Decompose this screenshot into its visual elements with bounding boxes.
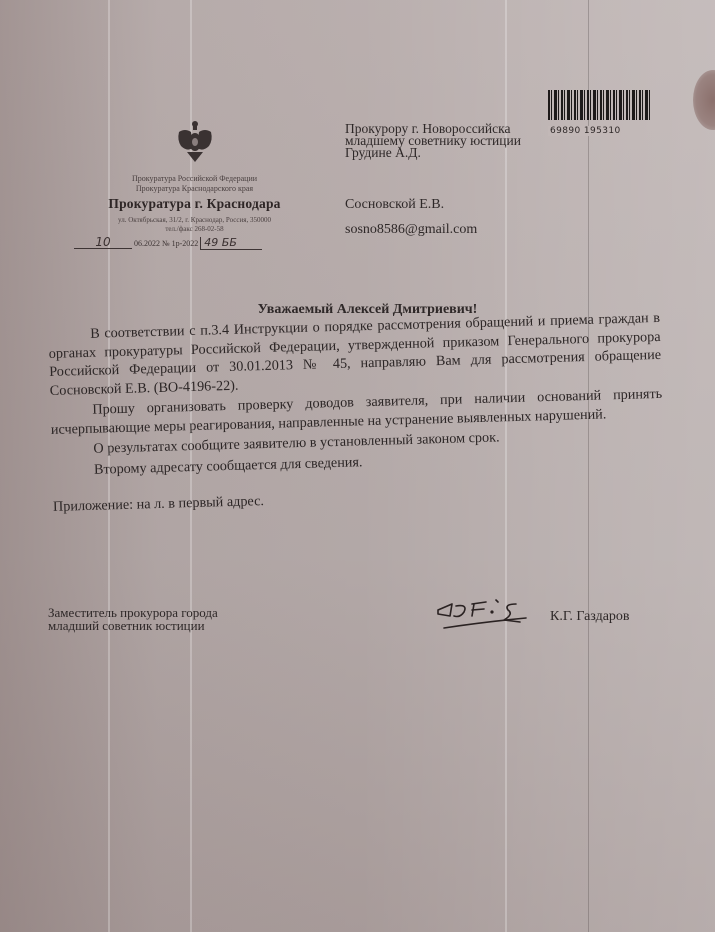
sender-organization-block: Прокуратура Российской Федерации Прокура…: [62, 118, 327, 251]
handwritten-signature-icon: [434, 596, 554, 636]
registration-number: 49 ББ: [200, 237, 262, 250]
addressee-line: Грудине А.Д.: [345, 147, 645, 159]
signature-block: Заместитель прокурора города младший сов…: [48, 606, 678, 650]
copy-recipient-email: sosno8586@gmail.com: [345, 222, 477, 238]
org-phone: тел./факс 268-02-58: [62, 225, 327, 234]
appendix-note: Приложение: на л. в первый адрес.: [53, 481, 665, 517]
registration-line: 10 06.2022 № 1р-2022 49 ББ: [62, 236, 327, 251]
copy-recipient-name: Сосновской Е.В.: [345, 197, 444, 213]
russian-coat-of-arms-icon: [175, 118, 215, 166]
org-line-federal: Прокуратура Российской Федерации: [62, 174, 327, 184]
barcode-bars: [548, 90, 652, 120]
body-paragraph: В соответствии с п.3.4 Инструкции о поря…: [48, 309, 662, 400]
org-address: ул. Октябрьская, 31/2, г. Краснодар, Рос…: [62, 216, 327, 225]
org-line-regional: Прокуратура Краснодарского края: [62, 184, 327, 194]
addressee-block: Прокурору г. Новороссийска младшему сове…: [345, 123, 645, 159]
registration-day: 10: [74, 236, 132, 249]
letter-body: В соответствии с п.3.4 Инструкции о поря…: [48, 309, 665, 517]
org-name: Прокуратура г. Краснодара: [62, 195, 327, 212]
signer-name: К.Г. Газдаров: [550, 610, 630, 623]
letter-page: Прокуратура Российской Федерации Прокура…: [0, 0, 715, 932]
registration-date: 06.2022 № 1р-2022: [134, 239, 198, 248]
